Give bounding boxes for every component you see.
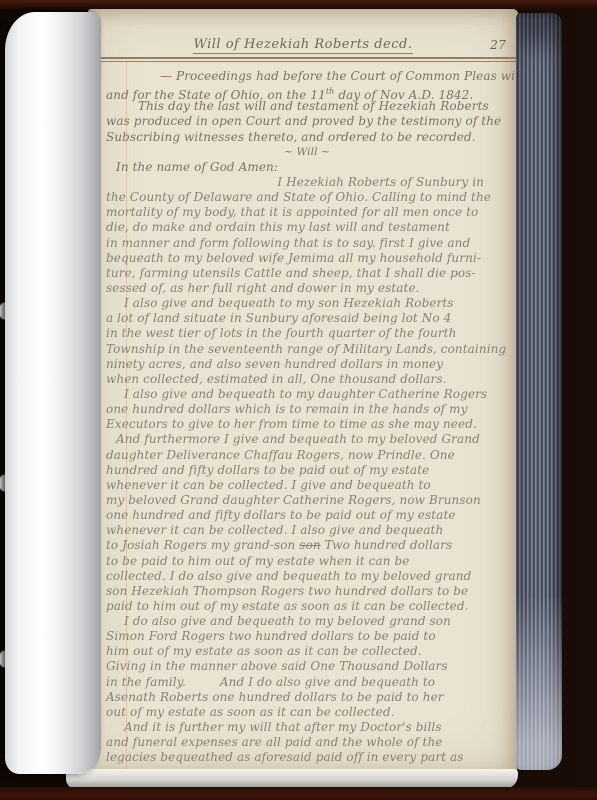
manuscript-line: mortality of my body, that it is appoint…	[100, 205, 514, 220]
manuscript-line: son Hezekiah Thompson Rogers two hundred…	[100, 584, 514, 599]
manuscript-line: my beloved Grand daughter Catherine Roge…	[100, 493, 514, 508]
manuscript-line: whenever it can be collected. I also giv…	[100, 523, 514, 538]
manuscript-line: out of my estate as soon as it can be co…	[100, 705, 514, 720]
manuscript-line: paid to him out of my estate as soon as …	[100, 599, 514, 614]
manuscript-line: I do also give and bequeath to my belove…	[100, 614, 514, 629]
book-cover-top-edge	[0, 0, 597, 9]
manuscript-line: I also give and bequeath to my daughter …	[100, 387, 514, 402]
manuscript-line: when collected, estimated in all, One th…	[100, 372, 514, 387]
manuscript-line: and funeral expenses are all paid and th…	[100, 735, 514, 750]
manuscript-line: one hundred and fifty dollars to be paid…	[100, 508, 514, 523]
manuscript-line: the County of Delaware and State of Ohio…	[100, 190, 514, 205]
manuscript-line: This day the last will and testament of …	[100, 99, 514, 114]
manuscript-line: Executors to give to her from time to ti…	[100, 417, 514, 432]
page-edges-highlight	[516, 595, 562, 770]
manuscript-line: I Hezekiah Roberts of Sunbury in	[100, 175, 514, 190]
manuscript-line: Township in the seventeenth range of Mil…	[100, 342, 514, 357]
manuscript-line: hundred and fifty dollars to be paid out…	[100, 463, 514, 478]
manuscript-line: him out of my estate as soon as it can b…	[100, 644, 514, 659]
manuscript-line: daughter Deliverance Chaffau Rogers, now…	[100, 448, 514, 463]
manuscript-line: and for the State of Ohio, on the 11th d…	[100, 84, 514, 99]
ruled-line-bottom	[88, 61, 518, 62]
manuscript-line: in manner and form following that is to …	[100, 236, 514, 251]
manuscript-line: In the name of God Amen:	[100, 160, 514, 175]
manuscript-line: Simon Ford Rogers two hundred dollars to…	[100, 629, 514, 644]
manuscript-line: Asenath Roberts one hundred dollars to b…	[100, 690, 514, 705]
manuscript-line: sessed of, as her full right and dower i…	[100, 281, 514, 296]
page-number: 27	[490, 37, 506, 52]
manuscript-line: Giving in the manner above said One Thou…	[100, 659, 514, 674]
manuscript-line: collected. I do also give and bequeath t…	[100, 569, 514, 584]
manuscript-line: bequeath to my beloved wife Jemima all m…	[100, 251, 514, 266]
manuscript-line: a lot of land situate in Sunbury aforesa…	[100, 311, 514, 326]
manuscript-line: to be paid to him out of my estate when …	[100, 554, 514, 569]
manuscript-line: whenever it can be collected. I give and…	[100, 478, 514, 493]
manuscript-text: — Proceedings had before the Court of Co…	[100, 69, 514, 765]
manuscript-line: And it is further my will that after my …	[100, 720, 514, 735]
manuscript-line: in the family.And I do also give and beq…	[100, 675, 514, 690]
manuscript-line: in the west tier of lots in the fourth q…	[100, 326, 514, 341]
mylar-sleeve	[5, 12, 101, 774]
page-edges	[516, 13, 562, 770]
manuscript-line: Subscribing witnesses thereto, and order…	[100, 130, 514, 145]
manuscript-line: And furthermore I give and bequeath to m…	[100, 432, 514, 447]
manuscript-line: ninety acres, and also seven hundred dol…	[100, 357, 514, 372]
manuscript-line: to Josiah Rogers my grand-son son Two hu…	[100, 538, 514, 553]
sleeve-bottom-edge	[66, 769, 518, 789]
manuscript-line: legacies bequeathed as aforesaid paid of…	[100, 750, 514, 765]
page-header-title: Will of Hezekiah Roberts decd.	[88, 37, 518, 52]
manuscript-line: ture, farming utensils Cattle and sheep,…	[100, 266, 514, 281]
ruled-line-top	[88, 57, 518, 59]
manuscript-line: I also give and bequeath to my son Hezek…	[100, 296, 514, 311]
book-cover-bottom-edge	[0, 787, 597, 800]
manuscript-line: one hundred dollars which is to remain i…	[100, 402, 514, 417]
manuscript-line: ~ Will ~	[100, 145, 514, 160]
manuscript-line: was produced in open Court and proved by…	[100, 114, 514, 129]
manuscript-line: die, do make and ordain this my last wil…	[100, 220, 514, 235]
manuscript-line: — Proceedings had before the Court of Co…	[100, 69, 514, 84]
photo-background: Will of Hezekiah Roberts decd. 27 — Proc…	[0, 0, 597, 800]
